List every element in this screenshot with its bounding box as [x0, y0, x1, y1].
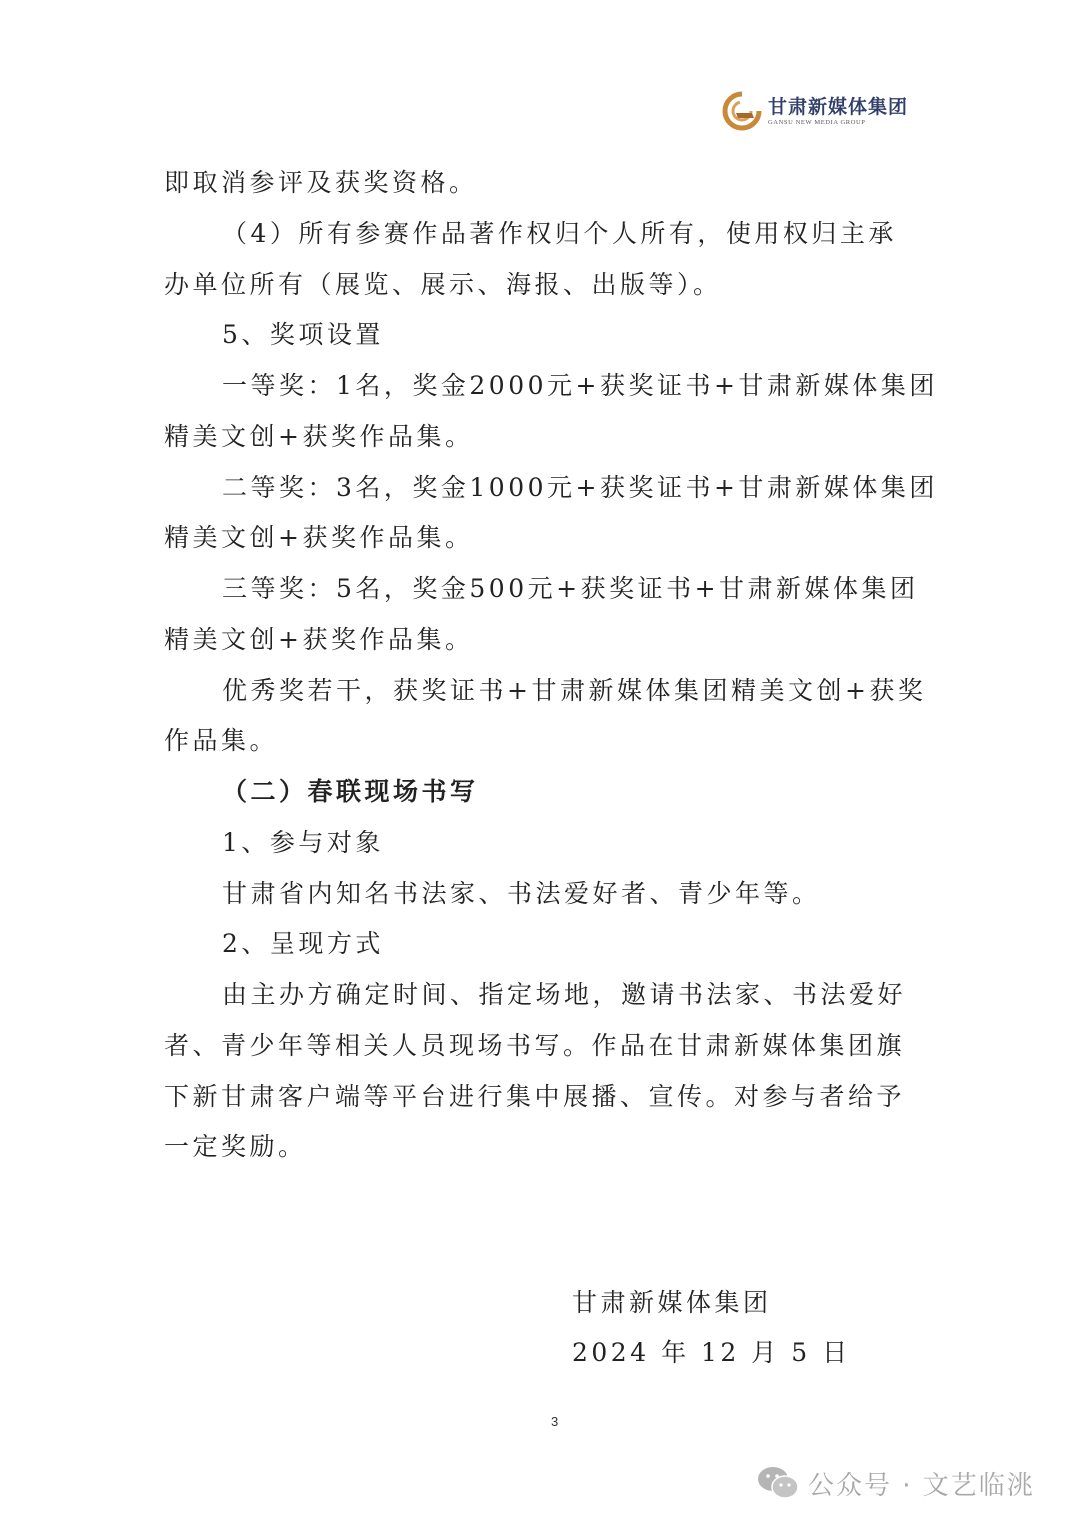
paragraph-line: 下新甘肃客户端等平台进行集中展播、宣传。对参与者给予 — [164, 1080, 905, 1114]
paragraph-line: 者、青少年等相关人员现场书写。作品在甘肃新媒体集团旗 — [164, 1029, 905, 1063]
paragraph-line: 作品集。 — [164, 724, 278, 758]
wechat-icon — [756, 1466, 800, 1500]
header-logo: 甘肃新媒体集团 GANSU NEW MEDIA GROUP — [722, 88, 922, 134]
wechat-watermark: 公众号 · 文艺临洮 — [756, 1463, 1035, 1503]
paragraph-line: 即取消参评及获奖资格。 — [164, 166, 478, 200]
second-prize-line: 二等奖：3名，奖金1000元+获奖证书+甘肃新媒体集团 — [222, 471, 938, 505]
subheading-participants: 1、参与对象 — [222, 826, 384, 860]
signature-organization: 甘肃新媒体集团 — [572, 1283, 772, 1319]
section-heading-awards: 5、奖项设置 — [222, 318, 384, 352]
watermark-text: 公众号 · 文艺临洮 — [808, 1465, 1035, 1502]
paragraph-line: 一定奖励。 — [164, 1130, 307, 1164]
paragraph-line: 甘肃省内知名书法家、书法爱好者、青少年等。 — [222, 877, 821, 911]
excellence-prize-line: 优秀奖若干，获奖证书+甘肃新媒体集团精美文创+获奖 — [222, 674, 926, 708]
paragraph-line: 由主办方确定时间、指定场地，邀请书法家、书法爱好 — [222, 978, 906, 1012]
third-prize-line: 三等奖：5名，奖金500元+获奖证书+甘肃新媒体集团 — [222, 572, 919, 606]
paragraph-line: 精美文创+获奖作品集。 — [164, 420, 473, 454]
signature-date: 2024 年 12 月 5 日 — [572, 1333, 851, 1369]
logo-english-name: GANSU NEW MEDIA GROUP — [768, 119, 908, 126]
paragraph-line: 精美文创+获奖作品集。 — [164, 521, 473, 555]
paragraph-line: 精美文创+获奖作品集。 — [164, 623, 473, 657]
paragraph-line: （4）所有参赛作品著作权归个人所有，使用权归主承 — [222, 217, 897, 251]
section-heading-couplet-writing: （二）春联现场书写 — [222, 775, 479, 809]
subheading-presentation: 2、呈现方式 — [222, 927, 384, 961]
logo-chinese-name: 甘肃新媒体集团 — [768, 96, 908, 118]
gansu-new-media-logo-icon — [722, 91, 762, 131]
first-prize-line: 一等奖：1名，奖金2000元+获奖证书+甘肃新媒体集团 — [222, 369, 938, 403]
page-number: 3 — [551, 1414, 558, 1429]
paragraph-line: 办单位所有（展览、展示、海报、出版等）。 — [164, 268, 722, 302]
